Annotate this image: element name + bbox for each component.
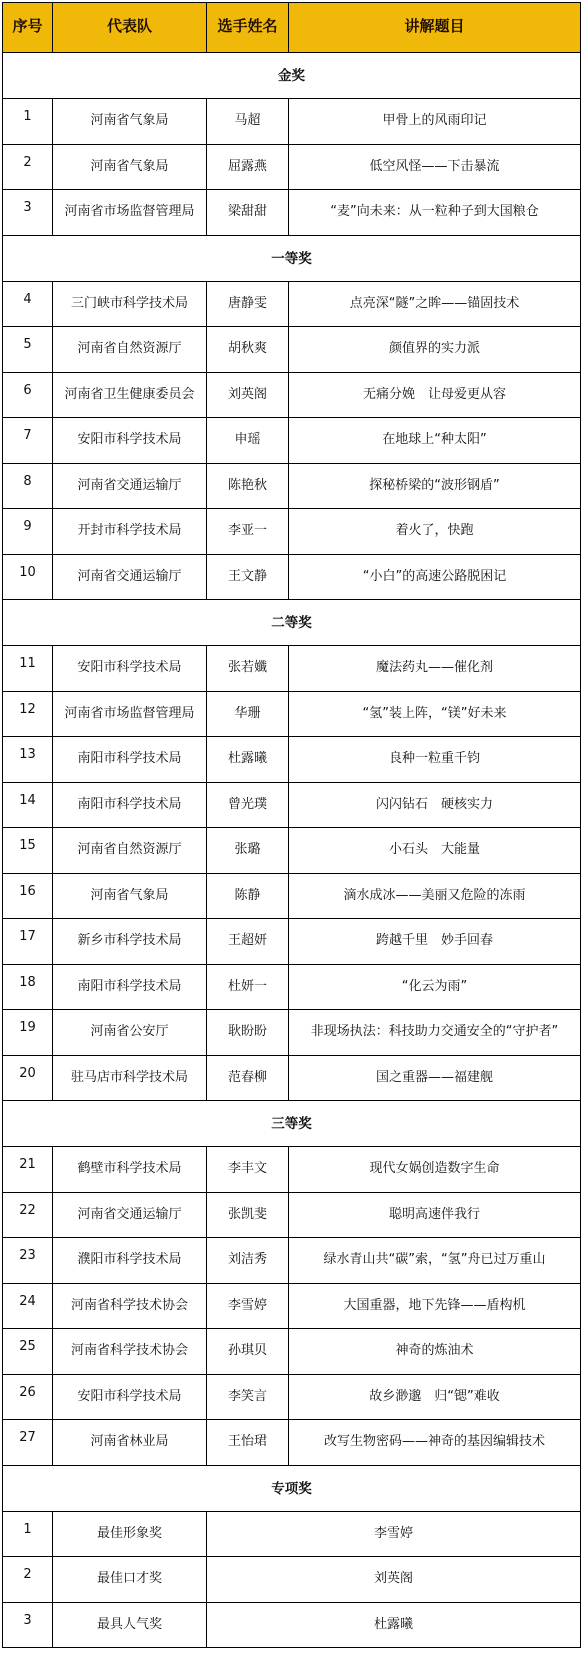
cell-no: 17 [3,919,53,965]
cell-contestant: 胡秋爽 [207,327,289,373]
table-row: 27河南省林业局王怡珺改写生物密码——神奇的基因编辑技术 [3,1420,581,1466]
cell-team: 河南省交通运输厅 [53,1192,207,1238]
cell-no: 25 [3,1329,53,1375]
cell-team: 南阳市科学技术局 [53,737,207,783]
table-row: 22河南省交通运输厅张凯斐聪明高速伴我行 [3,1192,581,1238]
cell-award: 最具人气奖 [53,1602,207,1648]
table-row: 3河南省市场监督管理局梁甜甜“麦”向未来：从一粒种子到大国粮仓 [3,190,581,236]
cell-team: 河南省公安厅 [53,1010,207,1056]
cell-topic: 聪明高速伴我行 [289,1192,581,1238]
table-row: 26安阳市科学技术局李笑言故乡渺邈 归“锶”难收 [3,1374,581,1420]
cell-team: 开封市科学技术局 [53,509,207,555]
cell-contestant: 马超 [207,99,289,145]
header-team: 代表队 [53,3,207,53]
cell-team: 河南省市场监督管理局 [53,190,207,236]
cell-topic: 国之重器——福建舰 [289,1055,581,1101]
awards-table: 序号 代表队 选手姓名 讲解题目 金奖1河南省气象局马超甲骨上的风雨印记2河南省… [2,2,581,1648]
table-row: 4三门峡市科学技术局唐静雯点亮深“隧”之眸——锚固技术 [3,281,581,327]
table-row: 20驻马店市科学技术局范春柳国之重器——福建舰 [3,1055,581,1101]
table-row: 23濮阳市科学技术局刘洁秀绿水青山共“碳”索，“氢”舟已过万重山 [3,1238,581,1284]
cell-team: 新乡市科学技术局 [53,919,207,965]
cell-no: 2 [3,1557,53,1603]
cell-topic: 探秘桥梁的“波形钢盾” [289,463,581,509]
cell-no: 2 [3,144,53,190]
cell-no: 23 [3,1238,53,1284]
cell-contestant: 李丰文 [207,1147,289,1193]
cell-team: 河南省气象局 [53,873,207,919]
table-row: 14南阳市科学技术局曾光璞闪闪钻石 硬核实力 [3,782,581,828]
cell-contestant: 范春柳 [207,1055,289,1101]
cell-no: 20 [3,1055,53,1101]
cell-no: 1 [3,1511,53,1557]
table-row: 18南阳市科学技术局杜妍一“化云为雨” [3,964,581,1010]
cell-topic: 改写生物密码——神奇的基因编辑技术 [289,1420,581,1466]
cell-no: 22 [3,1192,53,1238]
section-row: 二等奖 [3,600,581,646]
cell-winner: 杜露曦 [207,1602,581,1648]
cell-no: 5 [3,327,53,373]
section-title: 一等奖 [3,235,581,281]
cell-topic: “麦”向未来：从一粒种子到大国粮仓 [289,190,581,236]
cell-team: 河南省自然资源厅 [53,828,207,874]
table-row: 7安阳市科学技术局申瑶在地球上“种太阳” [3,418,581,464]
cell-no: 6 [3,372,53,418]
cell-winner: 刘英阁 [207,1557,581,1603]
cell-topic: 非现场执法：科技助力交通安全的“守护者” [289,1010,581,1056]
cell-topic: 跨越千里 妙手回春 [289,919,581,965]
cell-contestant: 华珊 [207,691,289,737]
table-row: 2河南省气象局屈露燕低空风怪——下击暴流 [3,144,581,190]
cell-topic: 点亮深“隧”之眸——锚固技术 [289,281,581,327]
cell-no: 24 [3,1283,53,1329]
table-row: 9开封市科学技术局李亚一着火了，快跑 [3,509,581,555]
cell-team: 河南省市场监督管理局 [53,691,207,737]
table-row: 15河南省自然资源厅张璐小石头 大能量 [3,828,581,874]
cell-no: 11 [3,646,53,692]
cell-no: 19 [3,1010,53,1056]
cell-team: 安阳市科学技术局 [53,646,207,692]
table-row: 17新乡市科学技术局王超妍跨越千里 妙手回春 [3,919,581,965]
cell-no: 21 [3,1147,53,1193]
cell-topic: 甲骨上的风雨印记 [289,99,581,145]
cell-contestant: 刘英阁 [207,372,289,418]
section-title: 二等奖 [3,600,581,646]
cell-team: 安阳市科学技术局 [53,1374,207,1420]
cell-contestant: 李亚一 [207,509,289,555]
cell-contestant: 陈静 [207,873,289,919]
table-row: 6河南省卫生健康委员会刘英阁无痛分娩 让母爱更从容 [3,372,581,418]
cell-contestant: 孙琪贝 [207,1329,289,1375]
cell-topic: “化云为雨” [289,964,581,1010]
cell-contestant: 曾光璞 [207,782,289,828]
cell-contestant: 王超妍 [207,919,289,965]
cell-contestant: 梁甜甜 [207,190,289,236]
section-title: 金奖 [3,53,581,99]
cell-no: 16 [3,873,53,919]
cell-topic: 着火了，快跑 [289,509,581,555]
cell-contestant: 李雪婷 [207,1283,289,1329]
header-row: 序号 代表队 选手姓名 讲解题目 [3,3,581,53]
header-topic: 讲解题目 [289,3,581,53]
cell-topic: 无痛分娩 让母爱更从容 [289,372,581,418]
cell-no: 18 [3,964,53,1010]
cell-no: 27 [3,1420,53,1466]
table-row: 25河南省科学技术协会孙琪贝神奇的炼油术 [3,1329,581,1375]
cell-winner: 李雪婷 [207,1511,581,1557]
cell-topic: “小白”的高速公路脱困记 [289,554,581,600]
table-row: 11安阳市科学技术局张若孅魔法药丸——催化剂 [3,646,581,692]
cell-contestant: 王文静 [207,554,289,600]
cell-contestant: 唐静雯 [207,281,289,327]
cell-topic: 良种一粒重千钧 [289,737,581,783]
cell-contestant: 张璐 [207,828,289,874]
cell-team: 河南省交通运输厅 [53,463,207,509]
table-row: 1河南省气象局马超甲骨上的风雨印记 [3,99,581,145]
table-row: 21鹤壁市科学技术局李丰文现代女娲创造数字生命 [3,1147,581,1193]
cell-team: 南阳市科学技术局 [53,964,207,1010]
cell-no: 10 [3,554,53,600]
cell-no: 3 [3,1602,53,1648]
table-row: 12河南省市场监督管理局华珊“氢”装上阵，“镁”好未来 [3,691,581,737]
cell-topic: 滴水成冰——美丽又危险的冻雨 [289,873,581,919]
cell-award: 最佳口才奖 [53,1557,207,1603]
cell-team: 安阳市科学技术局 [53,418,207,464]
cell-team: 河南省卫生健康委员会 [53,372,207,418]
table-row: 8河南省交通运输厅陈艳秋探秘桥梁的“波形钢盾” [3,463,581,509]
section-row: 金奖 [3,53,581,99]
cell-team: 河南省自然资源厅 [53,327,207,373]
cell-no: 8 [3,463,53,509]
cell-team: 河南省气象局 [53,144,207,190]
cell-topic: “氢”装上阵，“镁”好未来 [289,691,581,737]
section-row: 一等奖 [3,235,581,281]
special-award-row: 1最佳形象奖李雪婷 [3,1511,581,1557]
cell-no: 14 [3,782,53,828]
table-row: 24河南省科学技术协会李雪婷大国重器，地下先锋——盾构机 [3,1283,581,1329]
header-contestant: 选手姓名 [207,3,289,53]
cell-no: 13 [3,737,53,783]
cell-contestant: 王怡珺 [207,1420,289,1466]
cell-no: 15 [3,828,53,874]
section-title: 专项奖 [3,1465,581,1511]
cell-topic: 大国重器，地下先锋——盾构机 [289,1283,581,1329]
cell-no: 1 [3,99,53,145]
table-row: 19河南省公安厅耿盼盼非现场执法：科技助力交通安全的“守护者” [3,1010,581,1056]
cell-team: 河南省气象局 [53,99,207,145]
table-row: 10河南省交通运输厅王文静“小白”的高速公路脱困记 [3,554,581,600]
cell-no: 4 [3,281,53,327]
cell-no: 7 [3,418,53,464]
section-row: 三等奖 [3,1101,581,1147]
cell-contestant: 杜露曦 [207,737,289,783]
cell-team: 驻马店市科学技术局 [53,1055,207,1101]
cell-contestant: 李笑言 [207,1374,289,1420]
cell-team: 鹤壁市科学技术局 [53,1147,207,1193]
cell-contestant: 陈艳秋 [207,463,289,509]
cell-topic: 魔法药丸——催化剂 [289,646,581,692]
cell-topic: 故乡渺邈 归“锶”难收 [289,1374,581,1420]
section-row-special: 专项奖 [3,1465,581,1511]
table-row: 16河南省气象局陈静滴水成冰——美丽又危险的冻雨 [3,873,581,919]
cell-contestant: 张若孅 [207,646,289,692]
cell-topic: 闪闪钻石 硬核实力 [289,782,581,828]
cell-topic: 神奇的炼油术 [289,1329,581,1375]
cell-no: 3 [3,190,53,236]
cell-topic: 小石头 大能量 [289,828,581,874]
special-award-row: 2最佳口才奖刘英阁 [3,1557,581,1603]
cell-contestant: 申瑶 [207,418,289,464]
cell-no: 9 [3,509,53,555]
section-title: 三等奖 [3,1101,581,1147]
cell-team: 河南省科学技术协会 [53,1329,207,1375]
cell-contestant: 屈露燕 [207,144,289,190]
cell-team: 河南省科学技术协会 [53,1283,207,1329]
cell-team: 南阳市科学技术局 [53,782,207,828]
cell-contestant: 刘洁秀 [207,1238,289,1284]
cell-topic: 在地球上“种太阳” [289,418,581,464]
cell-contestant: 耿盼盼 [207,1010,289,1056]
cell-team: 三门峡市科学技术局 [53,281,207,327]
cell-topic: 低空风怪——下击暴流 [289,144,581,190]
table-row: 13南阳市科学技术局杜露曦良种一粒重千钧 [3,737,581,783]
cell-team: 河南省林业局 [53,1420,207,1466]
cell-topic: 颜值界的实力派 [289,327,581,373]
cell-topic: 现代女娲创造数字生命 [289,1147,581,1193]
cell-contestant: 张凯斐 [207,1192,289,1238]
header-no: 序号 [3,3,53,53]
special-award-row: 3最具人气奖杜露曦 [3,1602,581,1648]
cell-no: 26 [3,1374,53,1420]
cell-award: 最佳形象奖 [53,1511,207,1557]
cell-team: 河南省交通运输厅 [53,554,207,600]
cell-contestant: 杜妍一 [207,964,289,1010]
cell-no: 12 [3,691,53,737]
table-row: 5河南省自然资源厅胡秋爽颜值界的实力派 [3,327,581,373]
cell-team: 濮阳市科学技术局 [53,1238,207,1284]
cell-topic: 绿水青山共“碳”索，“氢”舟已过万重山 [289,1238,581,1284]
